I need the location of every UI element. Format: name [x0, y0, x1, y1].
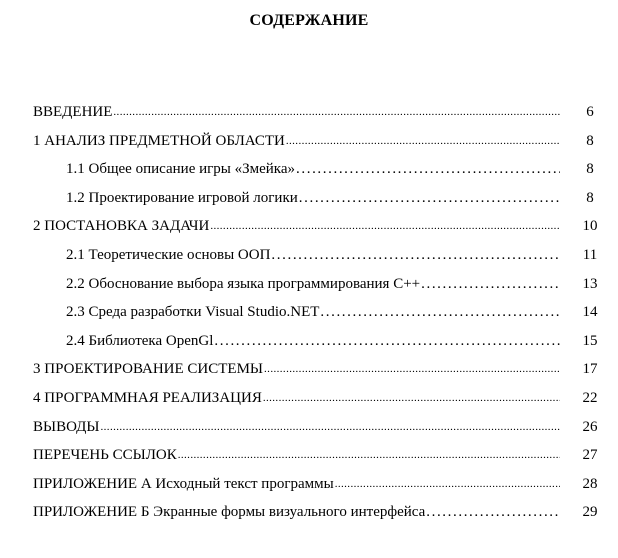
toc-entry-page-number: 8 — [575, 157, 605, 181]
toc-entry-page-number: 13 — [575, 272, 605, 296]
toc-entry-label: ПРИЛОЖЕНИЕ А Исходный текст программы — [33, 472, 334, 496]
dot-leader: ........................................… — [299, 186, 560, 210]
toc-entry-label: 2.4 Библиотека OpenGl — [66, 329, 213, 353]
toc-entry: 2.2 Обоснование выбора языка программиро… — [66, 272, 618, 296]
dot-leader: ........................................… — [101, 415, 561, 439]
toc-entry: 3 ПРОЕКТИРОВАНИЕ СИСТЕМЫ................… — [33, 357, 618, 381]
toc-entry-label: 1.2 Проектирование игровой логики — [66, 186, 298, 210]
dot-leader: ........................................… — [426, 500, 560, 524]
toc-entry: 1.2 Проектирование игровой логики.......… — [66, 186, 618, 210]
toc-entry-page-number: 26 — [575, 415, 605, 439]
toc-entry-label: 3 ПРОЕКТИРОВАНИЕ СИСТЕМЫ — [33, 357, 263, 381]
toc-entry: ВВЕДЕНИЕ................................… — [33, 100, 618, 124]
toc-entry: 1.1 Общее описание игры «Змейка»........… — [66, 157, 618, 181]
toc-entry-label: ВЫВОДЫ — [33, 415, 100, 439]
toc-entry: 2 ПОСТАНОВКА ЗАДАЧИ.....................… — [33, 214, 618, 238]
dot-leader: ........................................… — [335, 472, 560, 496]
toc-entry: 1 АНАЛИЗ ПРЕДМЕТНОЙ ОБЛАСТИ.............… — [33, 129, 618, 153]
toc-entry-label: ПРИЛОЖЕНИЕ Б Экранные формы визуального … — [33, 500, 425, 524]
toc-entry-label: 4 ПРОГРАММНАЯ РЕАЛИЗАЦИЯ — [33, 386, 262, 410]
toc-entry-label: 2.3 Среда разработки Visual Studio.NET — [66, 300, 319, 324]
toc-entry-label: 2.2 Обоснование выбора языка программиро… — [66, 272, 420, 296]
dot-leader: ........................................… — [286, 129, 560, 153]
dot-leader: ........................................… — [320, 300, 560, 324]
dot-leader: ........................................… — [178, 443, 560, 467]
toc-entry-page-number: 8 — [575, 186, 605, 210]
toc-entry-page-number: 8 — [575, 129, 605, 153]
toc-entry-page-number: 11 — [575, 243, 605, 267]
toc-entry-label: 1.1 Общее описание игры «Змейка» — [66, 157, 295, 181]
toc-entry: 2.4 Библиотека OpenGl...................… — [66, 329, 618, 353]
dot-leader: ........................................… — [210, 214, 560, 238]
dot-leader: ........................................… — [264, 357, 560, 381]
toc-entry-page-number: 10 — [575, 214, 605, 238]
toc-entry-page-number: 15 — [575, 329, 605, 353]
toc-entry-page-number: 28 — [575, 472, 605, 496]
toc-entry-label: 2 ПОСТАНОВКА ЗАДАЧИ — [33, 214, 209, 238]
dot-leader: ........................................… — [263, 386, 560, 410]
toc-entry-page-number: 17 — [575, 357, 605, 381]
toc-entry: ВЫВОДЫ..................................… — [33, 415, 618, 439]
toc-entry-label: 2.1 Теоретические основы ООП — [66, 243, 270, 267]
toc-entry-page-number: 14 — [575, 300, 605, 324]
toc-entry-page-number: 29 — [575, 500, 605, 524]
toc-entry-label: 1 АНАЛИЗ ПРЕДМЕТНОЙ ОБЛАСТИ — [33, 129, 285, 153]
toc-entry-label: ВВЕДЕНИЕ — [33, 100, 112, 124]
toc-entry: ПЕРЕЧЕНЬ ССЫЛОК.........................… — [33, 443, 618, 467]
dot-leader: ........................................… — [421, 272, 560, 296]
toc-entry-page-number: 22 — [575, 386, 605, 410]
document-title: СОДЕРЖАНИЕ — [0, 12, 618, 30]
toc-entry: 2.3 Среда разработки Visual Studio.NET..… — [66, 300, 618, 324]
dot-leader: ........................................… — [113, 100, 560, 124]
toc-entry-page-number: 6 — [575, 100, 605, 124]
toc-entry: ПРИЛОЖЕНИЕ Б Экранные формы визуального … — [33, 500, 618, 524]
toc-entry: 2.1 Теоретические основы ООП............… — [66, 243, 618, 267]
dot-leader: ........................................… — [271, 243, 560, 267]
dot-leader: ........................................… — [296, 157, 560, 181]
dot-leader: ........................................… — [214, 329, 560, 353]
toc-entry-page-number: 27 — [575, 443, 605, 467]
toc-entry: ПРИЛОЖЕНИЕ А Исходный текст программы...… — [33, 472, 618, 496]
toc-entry: 4 ПРОГРАММНАЯ РЕАЛИЗАЦИЯ................… — [33, 386, 618, 410]
toc-entry-label: ПЕРЕЧЕНЬ ССЫЛОК — [33, 443, 177, 467]
